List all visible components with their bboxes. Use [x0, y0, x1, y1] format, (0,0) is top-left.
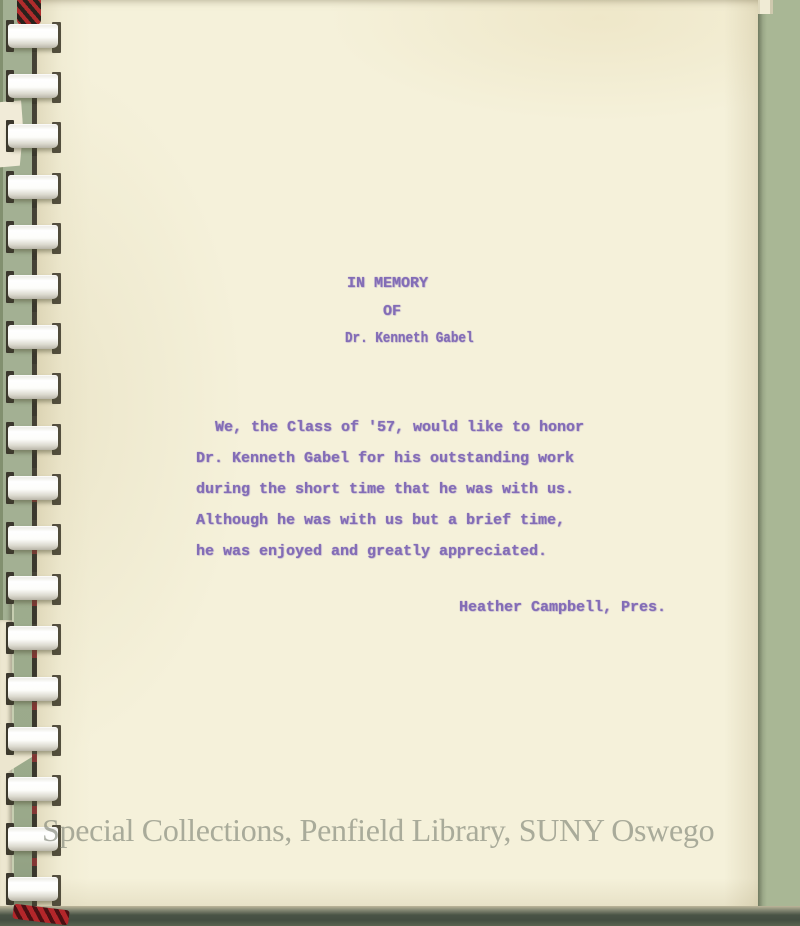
right-cover: [758, 0, 800, 912]
binding-ring: [8, 325, 58, 349]
binding-ring: [8, 526, 58, 550]
memorial-heading-line1: IN MEMORY: [347, 275, 428, 292]
binding-ring: [8, 175, 58, 199]
binding-ring: [8, 576, 58, 600]
binding-ring: [8, 626, 58, 650]
library-watermark: Special Collections, Penfield Library, S…: [42, 808, 714, 852]
paragraph-line: he was enjoyed and greatly appreciated.: [196, 543, 584, 574]
binding-ring: [8, 777, 58, 801]
binding-ring: [8, 24, 58, 48]
binding-ring: [8, 677, 58, 701]
memorial-heading-line3: Dr. Kenneth Gabel: [345, 330, 474, 347]
binding-ring: [8, 74, 58, 98]
binding-ring: [8, 375, 58, 399]
scanned-yearbook-page: IN MEMORY OF Dr. Kenneth Gabel We, the C…: [0, 0, 800, 926]
memorial-heading-line2: OF: [383, 303, 401, 320]
binding-ring: [8, 727, 58, 751]
binding-ring: [8, 225, 58, 249]
paragraph-line: Dr. Kenneth Gabel for his outstanding wo…: [196, 450, 584, 481]
comb-binding: [0, 0, 70, 926]
book-bottom-edge: [0, 906, 800, 926]
binding-ring: [8, 877, 58, 901]
binding-ring: [8, 426, 58, 450]
binding-ring: [8, 275, 58, 299]
page-stack-sliver: [758, 0, 780, 14]
paragraph-line: Although he was with us but a brief time…: [196, 512, 584, 543]
memorial-paragraph: We, the Class of '57, would like to hono…: [196, 419, 584, 574]
binding-ring: [8, 124, 58, 148]
paragraph-line: during the short time that he was with u…: [196, 481, 584, 512]
binding-ring: [8, 476, 58, 500]
signature-line: Heather Campbell, Pres.: [459, 599, 666, 616]
paragraph-line: We, the Class of '57, would like to hono…: [196, 419, 584, 450]
